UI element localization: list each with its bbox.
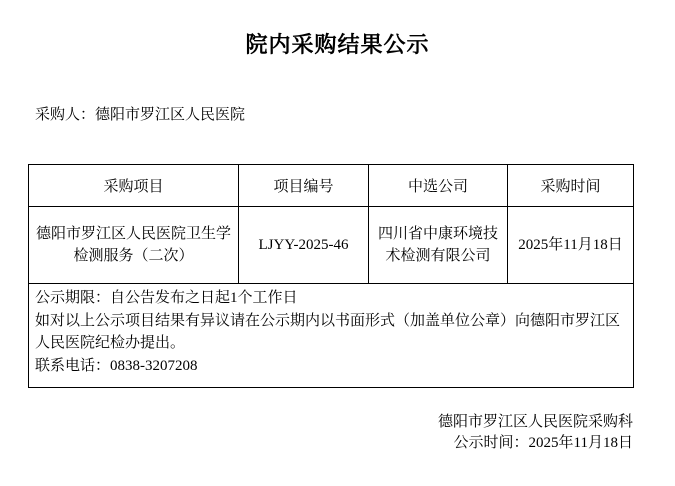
- col-header-selected-company: 中选公司: [369, 165, 508, 207]
- footer-publish-time: 公示时间：2025年11月18日: [438, 433, 633, 454]
- table-row: 德阳市罗江区人民医院卫生学检测服务（二次） LJYY-2025-46 四川省中康…: [29, 207, 634, 284]
- footer-department: 德阳市罗江区人民医院采购科: [438, 412, 633, 433]
- col-header-procurement-time: 采购时间: [508, 165, 634, 207]
- cell-project-number: LJYY-2025-46: [239, 207, 369, 284]
- procurement-result-table: 采购项目 项目编号 中选公司 采购时间 德阳市罗江区人民医院卫生学检测服务（二次…: [28, 164, 634, 388]
- cell-procurement-project: 德阳市罗江区人民医院卫生学检测服务（二次）: [29, 207, 239, 284]
- col-header-procurement-project: 采购项目: [29, 165, 239, 207]
- notes-publicity-period: 公示期限：自公告发布之日起1个工作日: [35, 287, 627, 310]
- table-header-row: 采购项目 项目编号 中选公司 采购时间: [29, 165, 634, 207]
- purchaser-line: 采购人：德阳市罗江区人民医院: [35, 105, 245, 125]
- cell-procurement-time: 2025年11月18日: [508, 207, 634, 284]
- notes-cell: 公示期限：自公告发布之日起1个工作日 如对以上公示项目结果有异议请在公示期内以书…: [29, 284, 634, 388]
- footer: 德阳市罗江区人民医院采购科 公示时间：2025年11月18日: [438, 412, 633, 454]
- cell-selected-company: 四川省中康环境技术检测有限公司: [369, 207, 508, 284]
- notes-objection-instructions: 如对以上公示项目结果有异议请在公示期内以书面形式（加盖单位公章）向德阳市罗江区人…: [35, 310, 627, 355]
- page-title: 院内采购结果公示: [0, 28, 675, 59]
- col-header-project-number: 项目编号: [239, 165, 369, 207]
- table-notes-row: 公示期限：自公告发布之日起1个工作日 如对以上公示项目结果有异议请在公示期内以书…: [29, 284, 634, 388]
- notes-contact-phone: 联系电话：0838-3207208: [35, 355, 627, 378]
